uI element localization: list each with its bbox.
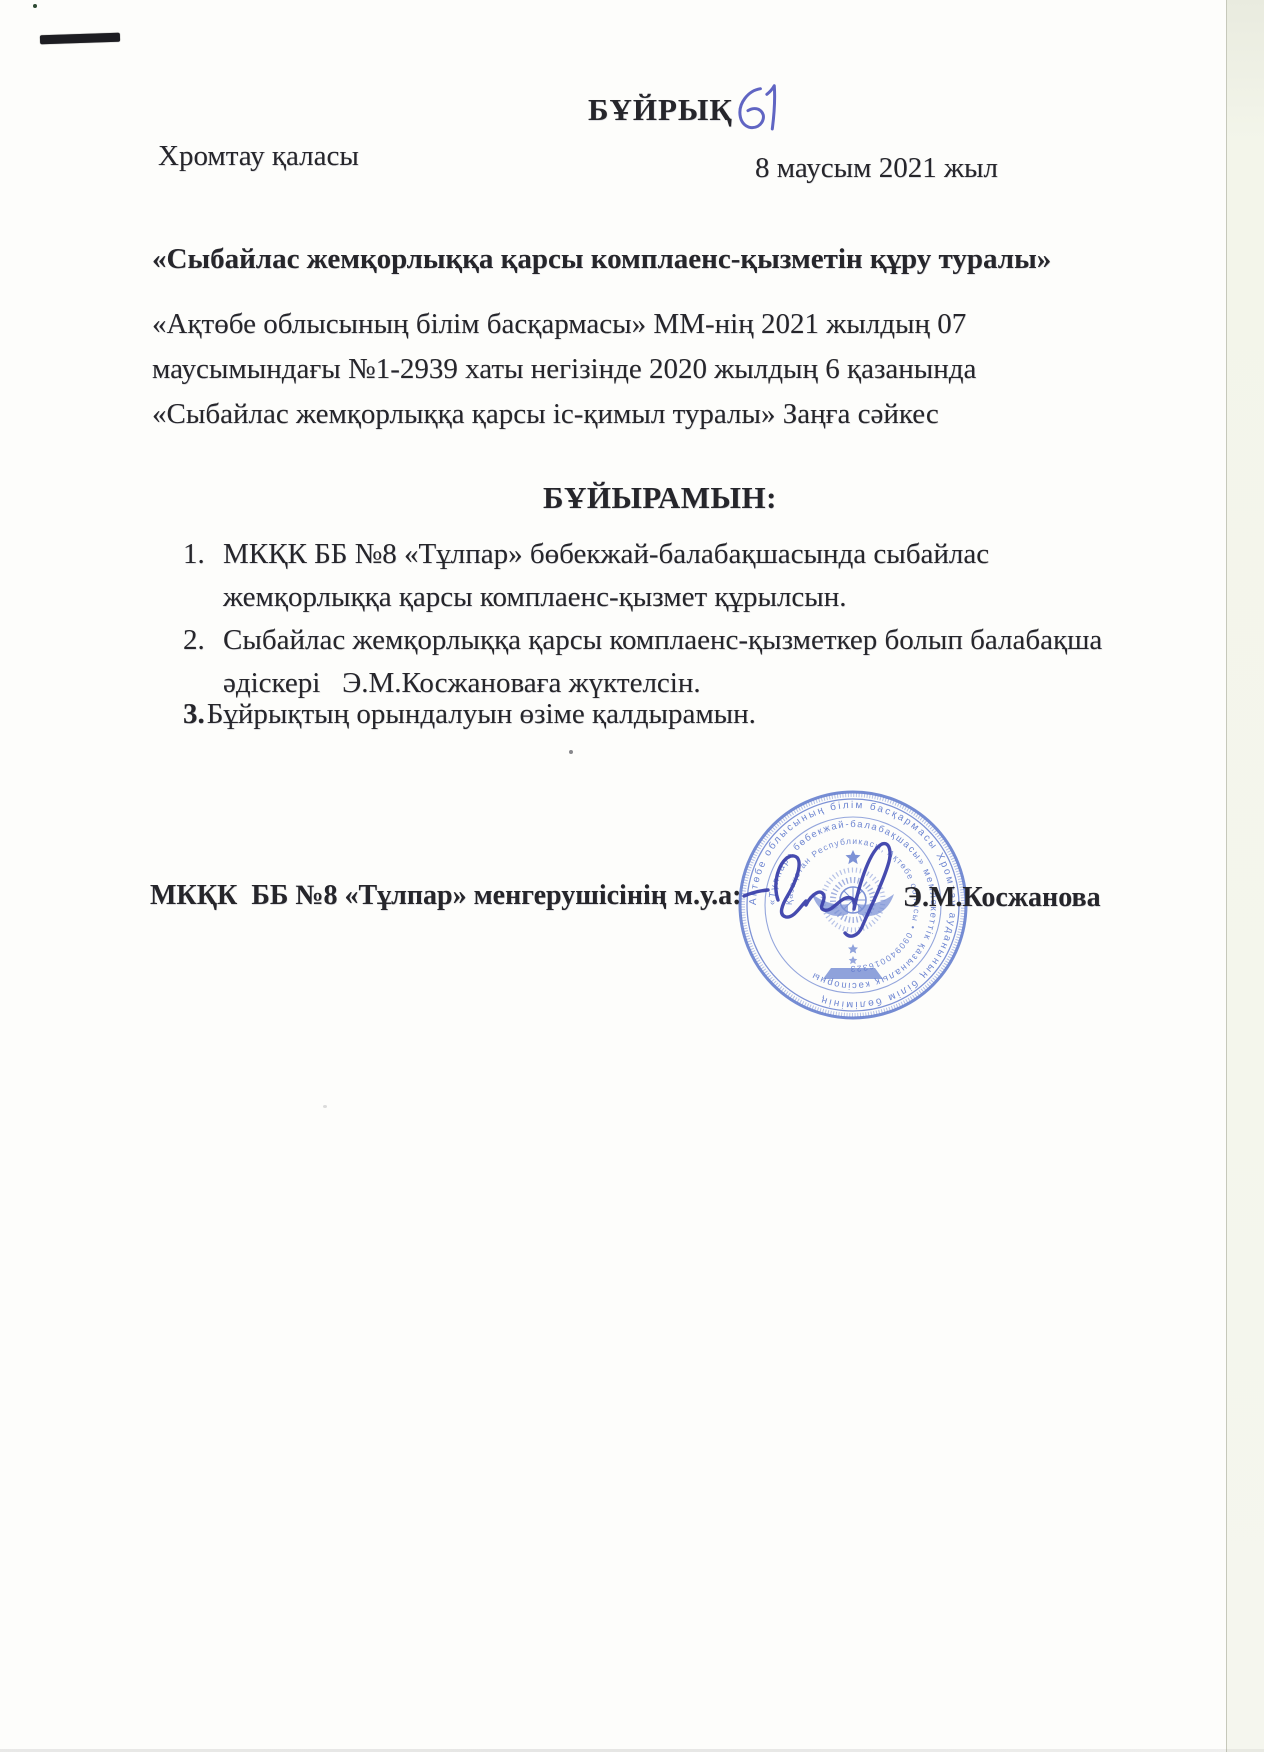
document-title: БҰЙРЫҚ [588,92,733,128]
scan-speck [323,1105,327,1108]
scan-speck [33,4,37,8]
order-item-1: 1. МКҚК ББ №8 «Тұлпар» бөбекжай-балабақш… [183,533,1133,619]
handwritten-signature [738,834,933,939]
preamble-paragraph: «Ақтөбе облысының білім басқармасы» ММ-н… [152,302,1152,437]
item-text: МКҚК ББ №8 «Тұлпар» бөбекжай-балабақшасы… [223,533,989,619]
item-number: 1. [183,533,223,576]
scan-edge-strip [1226,0,1264,1752]
item-text: Сыбайлас жемқорлыққа қарсы комплаенс-қыз… [223,619,1102,705]
item-text: Бұйрықтың орындалуын өзіме қалдырамын. [207,698,756,731]
handwritten-order-number: 61 [726,78,788,144]
item-number: 3. [183,698,205,731]
scan-speck [569,750,573,754]
date-line: 8 маусым 2021 жыл [755,152,998,185]
order-items-list: 1. МКҚК ББ №8 «Тұлпар» бөбекжай-балабақш… [183,533,1133,705]
city-line: Хромтау қаласы [158,140,359,173]
resolution-heading: БҰЙЫРАМЫН: [543,480,777,516]
order-item-2: 2. Сыбайлас жемқорлыққа қарсы комплаенс-… [183,619,1133,705]
subject-heading: «Сыбайлас жемқорлыққа қарсы комплаенс-қы… [152,243,1051,276]
scan-artifact-bar [40,33,120,45]
signature-label: МКҚК ББ №8 «Тұлпар» менгерушісінің м.у.а… [150,880,741,912]
item-number: 2. [183,619,223,662]
order-item-3: 3. Бұйрықтың орындалуын өзіме қалдырамын… [183,698,756,731]
